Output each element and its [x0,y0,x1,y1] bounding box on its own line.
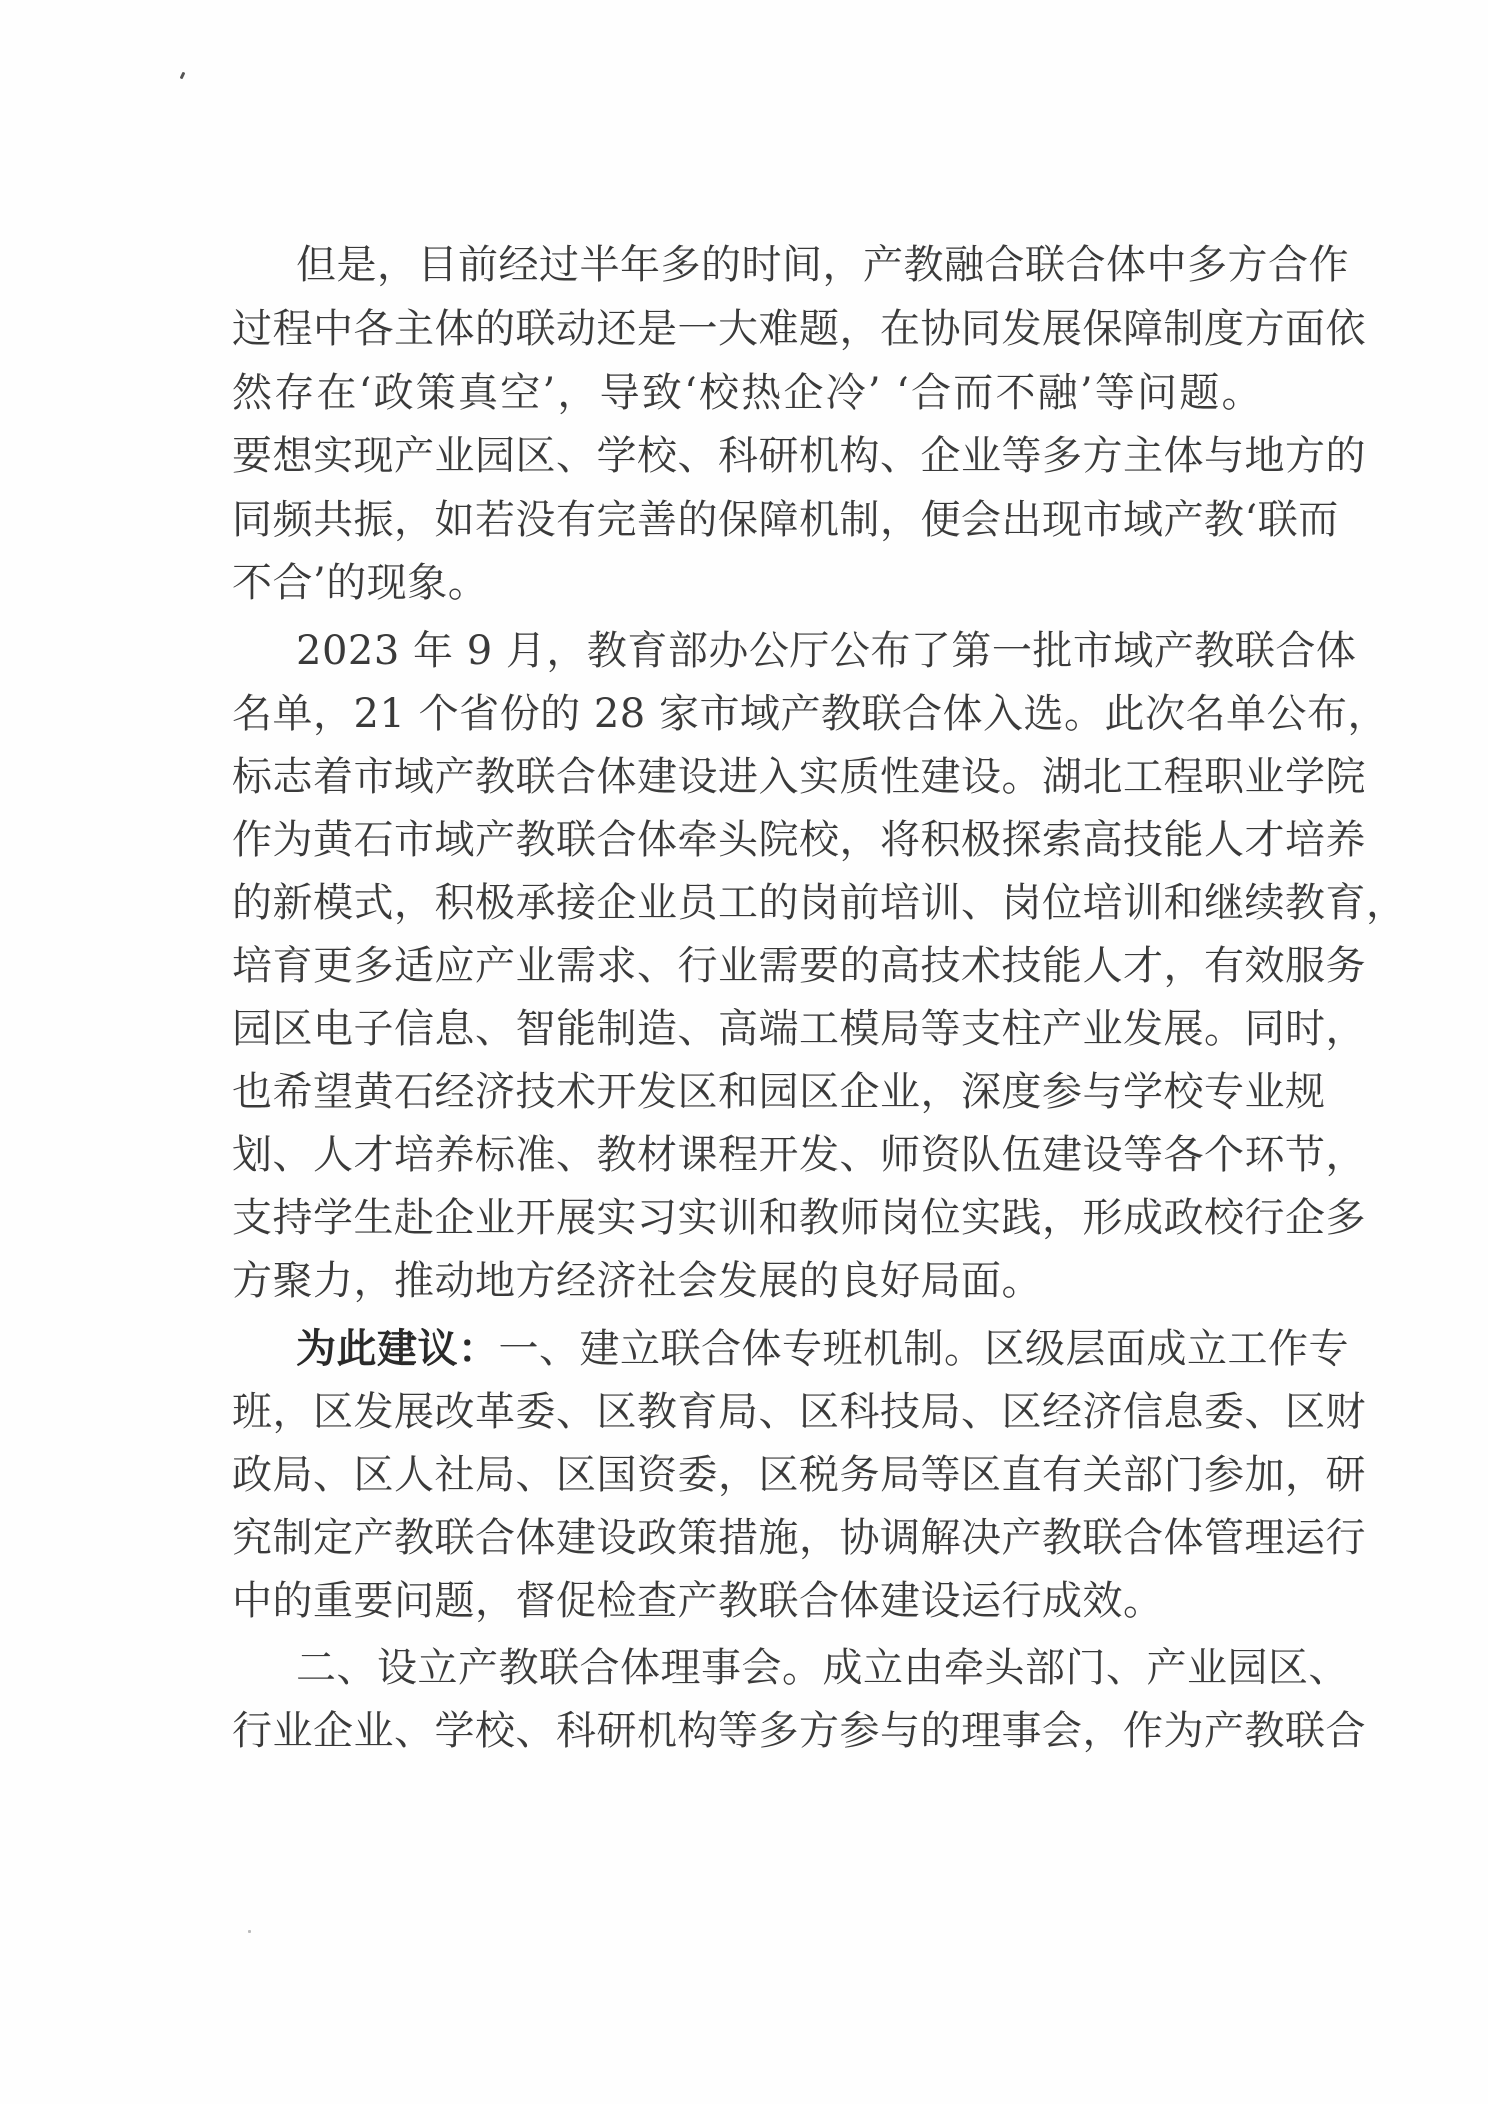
text-line: 要想实现产业园区、学校、科研机构、企业等多方主体与地方的 [232,426,1262,486]
text-line: 为此建议： 一、建立联合体专班机制。区级层面成立工作专 [296,1319,1262,1379]
text-line: 方聚力，推动地方经济社会发展的良好局面。 [232,1251,1262,1311]
text-line: 2023 年 9 月，教育部办公厅公布了第一批市域产教联合体 [296,621,1262,681]
text-line: 培育更多适应产业需求、行业需要的高技术技能人才，有效服务 [232,936,1262,996]
text-line: 支持学生赴企业开展实习实训和教师岗位实践，形成政校行企多 [232,1188,1262,1248]
text-line: 标志着市域产教联合体建设进入实质性建设。湖北工程职业学院 [232,747,1262,807]
recommendation-lead: 为此建议： [296,1319,499,1379]
text-line: 名单，21 个省份的 28 家市域产教联合体入选。此次名单公布， [232,684,1262,744]
text-line: 然存在‘政策真空’，导致‘校热企冷’ ‘合而不融’等问题。 [232,363,1262,423]
text-line: 划、人才培养标准、教材课程开发、师资队伍建设等各个环节， [232,1125,1262,1185]
scanned-document-page: 但是，目前经过半年多的时间，产教融合联合体中多方合作 过程中各主体的联动还是一大… [0,0,1488,2104]
text-line: 但是，目前经过半年多的时间，产教融合联合体中多方合作 [296,235,1262,295]
text-line: 也希望黄石经济技术开发区和园区企业，深度参与学校专业规 [232,1062,1262,1122]
text-line: 过程中各主体的联动还是一大难题，在协同发展保障制度方面依 [232,299,1262,359]
text-line-rest: 一、建立联合体专班机制。区级层面成立工作专 [499,1319,1350,1379]
text-line: 班，区发展改革委、区教育局、区科技局、区经济信息委、区财 [232,1382,1262,1442]
text-line: 作为黄石市域产教联合体牵头院校，将积极探索高技能人才培养 [232,810,1262,870]
scan-mark [180,72,186,80]
text-line: 二、设立产教联合体理事会。成立由牵头部门、产业园区、 [296,1638,1262,1698]
text-line: 不合’的现象。 [232,553,1262,613]
text-line: 园区电子信息、智能制造、高端工模局等支柱产业发展。同时， [232,999,1262,1059]
text-line: 同频共振，如若没有完善的保障机制，便会出现市域产教‘联而 [232,490,1262,550]
text-line: 究制定产教联合体建设政策措施，协调解决产教联合体管理运行 [232,1508,1262,1568]
text-line: 政局、区人社局、区国资委，区税务局等区直有关部门参加，研 [232,1445,1262,1505]
text-line: 行业企业、学校、科研机构等多方参与的理事会，作为产教联合 [232,1701,1262,1761]
text-line: 的新模式，积极承接企业员工的岗前培训、岗位培训和继续教育， [232,873,1262,933]
scan-mark [248,1930,251,1933]
text-line: 中的重要问题，督促检查产教联合体建设运行成效。 [232,1571,1262,1631]
